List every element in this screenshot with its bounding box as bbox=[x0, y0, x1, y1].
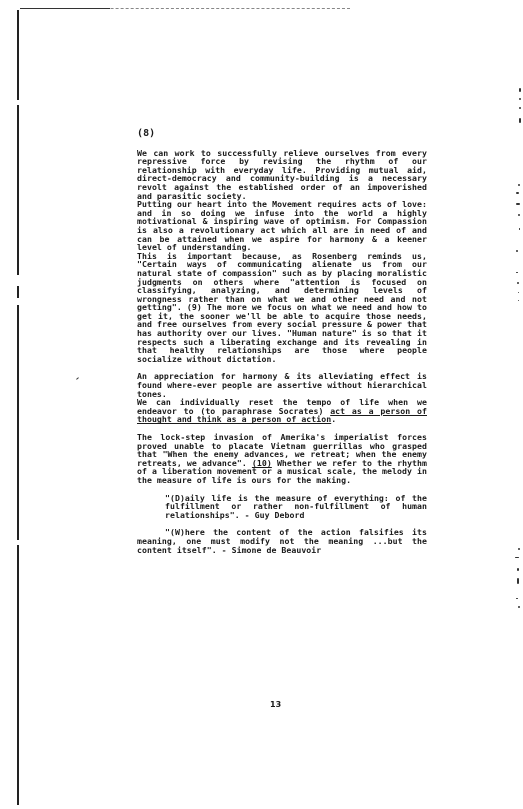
scan-speck bbox=[516, 203, 520, 205]
scan-speck bbox=[516, 250, 518, 252]
page-number: 13 bbox=[270, 700, 281, 709]
paragraph-1: We can work to successfully relieve ours… bbox=[137, 149, 427, 201]
paragraph-5: We can individually reset the tempo of l… bbox=[137, 398, 427, 424]
document-page: (8) We can work to successfully relieve … bbox=[137, 130, 427, 554]
scan-speck bbox=[518, 606, 520, 608]
scan-speck bbox=[519, 107, 521, 109]
paragraph-5-end: . bbox=[331, 414, 336, 424]
paragraph-3: This is important because, as Rosenberg … bbox=[137, 252, 427, 364]
scan-speck bbox=[519, 88, 521, 92]
scan-speck bbox=[516, 272, 518, 273]
paragraph-2: Putting our heart into the Movement requ… bbox=[137, 200, 427, 252]
scan-speck bbox=[519, 98, 521, 100]
block-quote-debord: "(D)aily life is the measure of everythi… bbox=[165, 494, 427, 520]
scan-speck bbox=[518, 548, 520, 550]
block-quote-beauvoir: "(W)here the content of the action falsi… bbox=[137, 528, 427, 554]
paragraph-6: The lock-step invasion of Amerika's impe… bbox=[137, 433, 427, 485]
scan-left-binding-edge bbox=[17, 105, 19, 275]
scan-speck bbox=[519, 228, 520, 230]
scan-left-binding-edge bbox=[17, 286, 19, 298]
scan-speck bbox=[517, 282, 519, 284]
scan-speck bbox=[517, 568, 519, 571]
scan-left-binding-edge bbox=[17, 545, 19, 805]
paragraph-4: An appreciation for harmony & its allevi… bbox=[137, 372, 427, 398]
scan-speck bbox=[516, 598, 518, 599]
section-number: (8) bbox=[137, 130, 427, 139]
scan-speck bbox=[518, 184, 520, 186]
scan-left-binding-edge bbox=[17, 10, 19, 100]
scan-speck bbox=[518, 214, 520, 216]
scan-left-binding-edge bbox=[17, 305, 19, 540]
scan-speck bbox=[518, 300, 519, 301]
scan-speck bbox=[519, 118, 521, 123]
scan-top-edge-line bbox=[20, 8, 110, 9]
scan-speck bbox=[516, 192, 519, 194]
scan-speck bbox=[76, 377, 79, 380]
scan-speck bbox=[518, 292, 519, 293]
scan-speck bbox=[517, 578, 519, 584]
scan-speck bbox=[515, 557, 519, 558]
